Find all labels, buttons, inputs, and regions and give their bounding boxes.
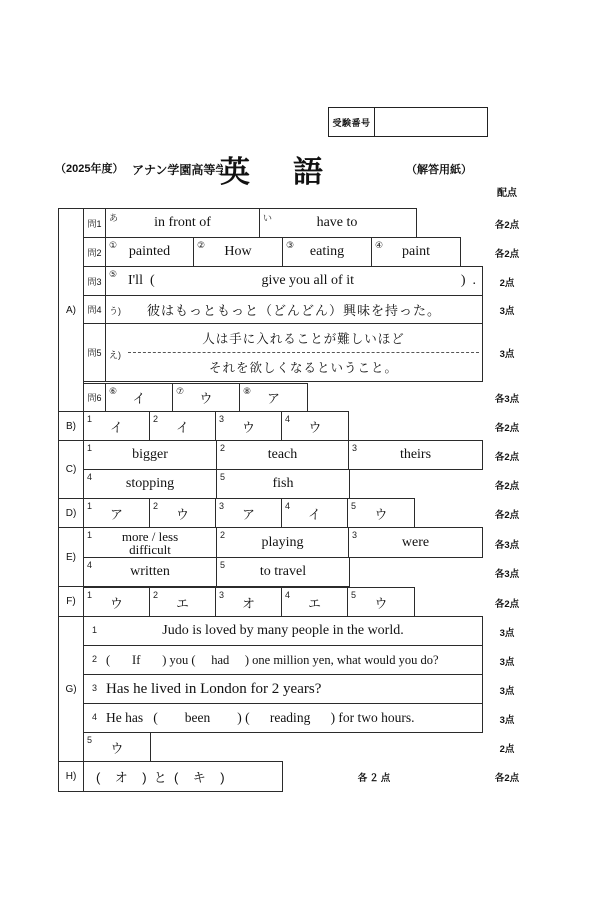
row-c-2: 4 stopping 5 fish	[83, 469, 350, 499]
cell-value: ウ	[374, 593, 387, 612]
row-a-q5: 問5 え) 人は手に入れることが難しいほど それを欲しくなるということ。	[83, 323, 483, 382]
question-label-q4: 問4	[84, 296, 106, 323]
answer-line-2: それを欲しくなるということ。	[128, 353, 479, 381]
answer-cell-c-5: 5 fish	[217, 470, 349, 498]
examinee-number-box: 受験番号	[328, 107, 488, 137]
cell-value: paint	[402, 244, 430, 260]
cell-number: あ	[109, 211, 118, 224]
cell-value: have to	[317, 215, 358, 231]
answer-cell-c-1: 1 bigger	[84, 441, 217, 469]
sentence-prefix: I'll (	[128, 273, 155, 289]
cell-number: 2	[153, 501, 158, 511]
cell-value: ア	[242, 504, 255, 523]
cell-number: 5	[220, 560, 225, 570]
cell-value: ウ	[110, 738, 123, 757]
answer-cell-d-4: 4 イ	[282, 499, 348, 527]
answer-cell-b-3: 3 ウ	[216, 412, 282, 440]
answer-cell-e-5: 5 to travel	[217, 558, 349, 586]
cell-value: オ	[242, 593, 255, 612]
cell-value: written	[130, 564, 170, 580]
cell-value: He has ( been ) ( reading ) for two hour…	[106, 710, 415, 726]
row-g-1: 1 Judo is loved by many people in the wo…	[83, 616, 483, 646]
cell-number: 4	[87, 560, 92, 570]
cell-value: ウ	[176, 504, 189, 523]
cell-number: ⑧	[243, 386, 251, 397]
examinee-number-input[interactable]	[375, 108, 487, 136]
cell-value: were	[402, 535, 429, 551]
cell-number: え)	[109, 348, 121, 361]
cell-number: 4	[285, 414, 290, 424]
answer-cell-c-4: 4 stopping	[84, 470, 217, 498]
cell-value: ( オ ) と ( キ )	[96, 767, 225, 786]
section-label-c: C)	[58, 440, 84, 499]
answer-cell-c-3: 3 theirs	[349, 441, 482, 469]
row-a-q3: 問3 ⑤ I'll ( give you all of it ) .	[83, 266, 483, 296]
cell-number: 3	[352, 443, 357, 453]
cell-value: ア	[110, 504, 123, 523]
cell-number: 3	[219, 414, 224, 424]
points-g-1: 3点	[485, 625, 529, 639]
points-g-3: 3点	[485, 683, 529, 697]
points-h: 各2点	[485, 770, 529, 784]
sheet-type-label: （解答用紙）	[406, 161, 472, 177]
cell-number: 1	[92, 625, 97, 635]
cell-number: ①	[109, 240, 117, 251]
cell-number: 2	[220, 443, 225, 453]
question-label-q3: 問3	[84, 267, 106, 295]
points-g-4: 3点	[485, 712, 529, 726]
row-b: 1 イ 2 イ 3 ウ 4 ウ	[83, 411, 349, 441]
row-a-q4: 問4 う) 彼はもっともっと（どんどん）興味を持った。	[83, 295, 483, 324]
answer-cell-e-3: 3 were	[349, 528, 482, 557]
cell-number: 4	[285, 501, 290, 511]
cell-value: bigger	[132, 447, 168, 463]
cell-value: theirs	[400, 447, 431, 463]
section-label-e: E)	[58, 527, 84, 587]
row-d: 1 ア 2 ウ 3 ア 4 イ 5 ウ	[83, 498, 415, 528]
points-a-q4: 3点	[485, 303, 529, 317]
cell-number: 4	[87, 472, 92, 482]
answer-cell-c-2: 2 teach	[217, 441, 349, 469]
subject-title-first: 英	[220, 147, 250, 191]
answer-cell-q6-6: ⑥ イ	[106, 384, 173, 411]
row-a-q1: 問1 あ in front of い have to	[83, 208, 417, 238]
section-label-h: H)	[58, 761, 84, 792]
cell-value: イ	[308, 504, 321, 523]
cell-number: ③	[286, 240, 294, 251]
cell-number: 5	[220, 472, 225, 482]
cell-number: 3	[92, 683, 97, 693]
question-label-q2: 問2	[84, 238, 106, 266]
answer-cell-b-2: 2 イ	[150, 412, 216, 440]
question-label-q6: 問6	[84, 384, 106, 411]
answer-cell-d-3: 3 ア	[216, 499, 282, 527]
section-label-g: G)	[58, 616, 84, 762]
row-g-5: 5 ウ	[83, 732, 151, 762]
answer-cell-g-1: 1 Judo is loved by many people in the wo…	[84, 617, 482, 645]
answer-cell-q6-8: ⑧ ア	[240, 384, 307, 411]
cell-number: 1	[87, 590, 92, 600]
answer-cell-q5: え) 人は手に入れることが難しいほど それを欲しくなるということ。	[106, 324, 482, 381]
cell-number: ②	[197, 240, 205, 251]
answer-cell-e-4: 4 written	[84, 558, 217, 586]
cell-value: painted	[129, 244, 170, 260]
answer-cell-q2-2: ② How	[194, 238, 283, 266]
points-a-q1: 各2点	[485, 217, 529, 231]
cell-number: 1	[87, 501, 92, 511]
answer-cell-q1-i: い have to	[260, 209, 414, 237]
answer-cell-q2-3: ③ eating	[283, 238, 372, 266]
answer-cell-q1-a: あ in front of	[106, 209, 260, 237]
cell-number: ④	[375, 240, 383, 251]
cell-value: エ	[308, 593, 321, 612]
points-g-2: 3点	[485, 654, 529, 668]
cell-number: 5	[351, 501, 356, 511]
subject-title-second: 語	[293, 147, 323, 191]
cell-number: 2	[220, 530, 225, 540]
cell-number: い	[263, 211, 272, 224]
cell-value: playing	[262, 535, 304, 551]
school-name: アナン学園高等学校	[132, 161, 223, 176]
cell-value: ウ	[308, 417, 321, 436]
cell-number: 2	[153, 414, 158, 424]
answer-cell-q3: ⑤ I'll ( give you all of it ) .	[106, 267, 482, 295]
cell-value: stopping	[126, 476, 174, 492]
cell-number: 2	[153, 590, 158, 600]
points-f: 各2点	[485, 596, 529, 610]
answer-cell-d-5: 5 ウ	[348, 499, 414, 527]
cell-value: to travel	[260, 564, 306, 580]
answer-cell-h: ( オ ) と ( キ )	[84, 762, 282, 791]
cell-value: How	[224, 244, 251, 260]
cell-number: 3	[352, 530, 357, 540]
answer-cell-g-5: 5 ウ	[84, 733, 150, 761]
cell-number: 3	[219, 501, 224, 511]
row-e-2: 4 written 5 to travel	[83, 557, 350, 587]
cell-number: 1	[87, 414, 92, 424]
cell-value: give you all of it	[155, 273, 461, 289]
row-g-3: 3 Has he lived in London for 2 years?	[83, 674, 483, 704]
sentence-suffix: ) .	[461, 273, 476, 289]
cell-number: 4	[92, 712, 97, 722]
answer-cell-q6-7: ⑦ ウ	[173, 384, 240, 411]
cell-value: ウ	[199, 388, 212, 407]
cell-value: ア	[267, 388, 280, 407]
cell-value: Has he lived in London for 2 years?	[106, 681, 321, 698]
row-g-4: 4 He has ( been ) ( reading ) for two ho…	[83, 703, 483, 733]
cell-value: in front of	[154, 215, 211, 231]
cell-value: イ	[176, 417, 189, 436]
answer-cell-g-2: 2 ( If ) you ( had ) one million yen, wh…	[84, 646, 482, 674]
cell-number: 1	[87, 443, 92, 453]
points-a-q6: 各3点	[485, 391, 529, 405]
answer-cell-f-3: 3 オ	[216, 588, 282, 616]
cell-value: more / less difficult	[84, 530, 216, 556]
row-a-q2: 問2 ① painted ② How ③ eating ④ paint	[83, 237, 461, 267]
row-c-1: 1 bigger 2 teach 3 theirs	[83, 440, 483, 470]
section-label-d: D)	[58, 498, 84, 528]
answer-cell-b-1: 1 イ	[84, 412, 150, 440]
cell-number: 3	[219, 590, 224, 600]
points-note-h: 各２点	[345, 770, 405, 784]
section-label-a: A)	[58, 208, 84, 412]
answer-cell-b-4: 4 ウ	[282, 412, 348, 440]
two-line-answer: 人は手に入れることが難しいほど それを欲しくなるということ。	[128, 324, 479, 381]
points-a-q3: 2点	[485, 275, 529, 289]
section-label-f: F)	[58, 586, 84, 617]
cell-number: ⑥	[109, 386, 117, 397]
cell-number: 1	[87, 530, 92, 540]
answer-cell-f-5: 5 ウ	[348, 588, 414, 616]
row-f: 1 ウ 2 エ 3 オ 4 エ 5 ウ	[83, 587, 415, 617]
row-a-q6: 問6 ⑥ イ ⑦ ウ ⑧ ア	[83, 383, 308, 412]
points-e-1: 各3点	[485, 537, 529, 551]
cell-value: イ	[110, 417, 123, 436]
points-a-q2: 各2点	[485, 246, 529, 260]
cell-number: ⑤	[109, 269, 117, 280]
answer-cell-q2-1: ① painted	[106, 238, 194, 266]
points-c-1: 各2点	[485, 449, 529, 463]
points-b: 各2点	[485, 420, 529, 434]
answer-cell-g-3: 3 Has he lived in London for 2 years?	[84, 675, 482, 703]
year-label: （2025年度）	[55, 160, 123, 176]
cell-value: ウ	[242, 417, 255, 436]
cell-value: ウ	[110, 593, 123, 612]
cell-number: 5	[351, 590, 356, 600]
examinee-number-label: 受験番号	[329, 108, 375, 136]
answer-sheet: 受験番号 （2025年度） アナン学園高等学校 英 語 （解答用紙） 配点 A)…	[0, 0, 600, 900]
cell-number: 2	[92, 654, 97, 664]
points-e-2: 各3点	[485, 566, 529, 580]
points-a-q5: 3点	[485, 346, 529, 360]
cell-value: fish	[273, 476, 294, 492]
points-d: 各2点	[485, 507, 529, 521]
cell-value: eating	[310, 244, 344, 260]
answer-cell-d-1: 1 ア	[84, 499, 150, 527]
question-label-q1: 問1	[84, 209, 106, 237]
cell-value: 彼はもっともっと（どんどん）興味を持った。	[147, 300, 441, 319]
points-g-5: 2点	[485, 741, 529, 755]
cell-value: teach	[268, 447, 298, 463]
answer-cell-q2-4: ④ paint	[372, 238, 460, 266]
cell-number: 5	[87, 735, 92, 745]
cell-number: う)	[109, 304, 121, 317]
row-g-2: 2 ( If ) you ( had ) one million yen, wh…	[83, 645, 483, 675]
answer-cell-f-4: 4 エ	[282, 588, 348, 616]
answer-cell-g-4: 4 He has ( been ) ( reading ) for two ho…	[84, 704, 482, 732]
section-label-b: B)	[58, 411, 84, 441]
points-c-2: 各2点	[485, 478, 529, 492]
answer-cell-f-2: 2 エ	[150, 588, 216, 616]
row-e-1: 1 more / less difficult 2 playing 3 were	[83, 527, 483, 558]
cell-value: ( If ) you ( had ) one million yen, what…	[106, 653, 439, 668]
points-column-header: 配点	[485, 184, 529, 199]
cell-value: ウ	[374, 504, 387, 523]
answer-cell-e-2: 2 playing	[217, 528, 349, 557]
cell-number: ⑦	[176, 386, 184, 397]
answer-cell-f-1: 1 ウ	[84, 588, 150, 616]
cell-value: Judo is loved by many people in the worl…	[162, 623, 403, 639]
row-h: ( オ ) と ( キ )	[83, 761, 283, 792]
cell-value: イ	[132, 388, 145, 407]
answer-cell-e-1: 1 more / less difficult	[84, 528, 217, 557]
answer-line-1: 人は手に入れることが難しいほど	[128, 324, 479, 353]
question-label-q5: 問5	[84, 324, 106, 381]
answer-cell-d-2: 2 ウ	[150, 499, 216, 527]
cell-number: 4	[285, 590, 290, 600]
cell-value: エ	[176, 593, 189, 612]
answer-cell-q4: う) 彼はもっともっと（どんどん）興味を持った。	[106, 296, 482, 323]
